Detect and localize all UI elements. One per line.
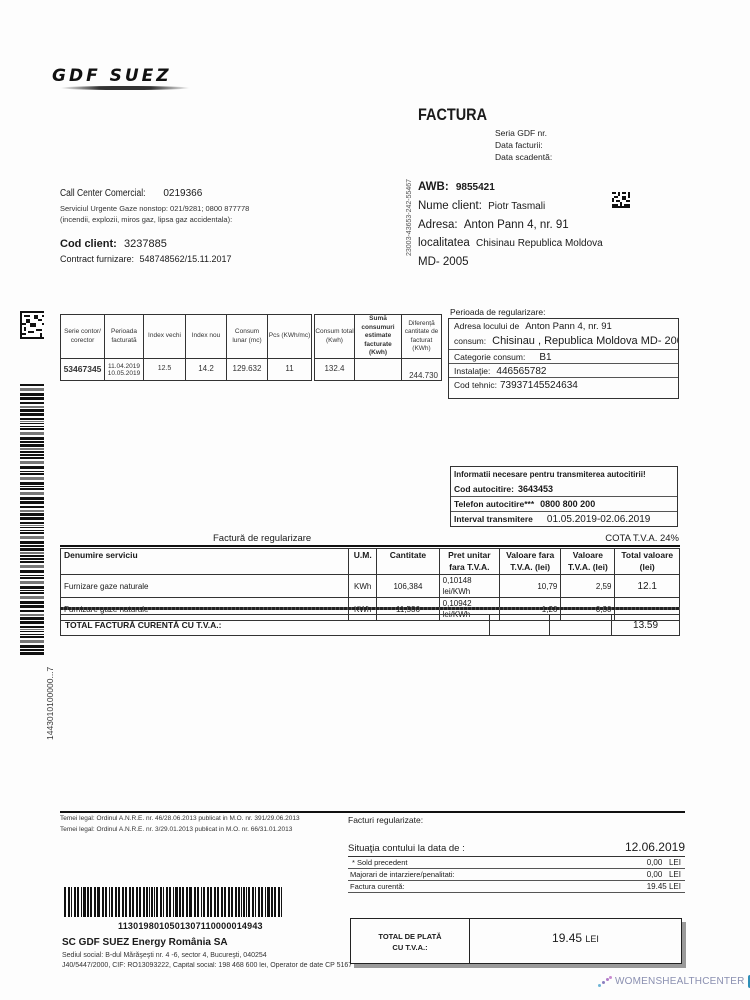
service-um: KWh: [349, 575, 377, 598]
client-code-value: 3237885: [124, 238, 167, 250]
category-label: Categorie consum:: [454, 352, 525, 362]
location-city-value: Chisinau , Republica Moldova MD- 2005: [492, 335, 678, 347]
data-scadenta-label: Data scadentă:: [495, 152, 552, 162]
data-facturii-label: Data facturii:: [495, 140, 543, 150]
total-payable-unit: LEI: [585, 934, 599, 944]
perioada-end: 10.05.2019: [105, 370, 143, 377]
account-row-label: * Sold precedent: [348, 858, 407, 867]
perioada-start: 11.04.2019: [105, 363, 143, 370]
legal-basis-1: Temei legal: Ordinul A.N.R.E. nr. 46/28.…: [60, 815, 300, 822]
divider: [60, 607, 680, 610]
col-denumire: Denumire serviciu: [61, 549, 349, 575]
col-consum-total: Consum total (Kwh): [315, 315, 355, 359]
col-valoare: Valoare fara T.V.A. (lei): [499, 549, 560, 575]
vat-rate: COTA T.V.A. 24%: [605, 533, 679, 544]
seria-label: Seria GDF nr.: [495, 128, 547, 138]
emergency-info: Serviciul Urgente Gaze nonstop: 021/9281…: [60, 203, 249, 225]
serie-value: 53467345: [61, 359, 105, 381]
self-reading-box: Informatii necesare pentru transmiterea …: [450, 466, 678, 527]
category-value: B1: [539, 352, 551, 363]
vertical-barcode-icon: [20, 384, 44, 656]
col-perioada: Perioada facturată: [105, 315, 144, 359]
gdf-suez-logo: GDF SUEZ: [52, 66, 172, 86]
postal-code: MD- 2005: [418, 253, 603, 271]
barcode-icon: [64, 887, 282, 917]
index-nou-value: 14.2: [186, 359, 227, 381]
emergency-line-1: Serviciul Urgente Gaze nonstop: 021/9281…: [60, 203, 249, 214]
self-reading-interval-row: Interval transmitere01.05.2019-02.06.201…: [451, 512, 677, 527]
self-reading-interval-label: Interval transmitere: [454, 514, 533, 524]
company-address: Sediul social: B-dul Mărăşeşti nr. 4 -6,…: [62, 952, 267, 959]
divider: [60, 545, 680, 547]
installation-row: Instalaţie:446565782: [449, 364, 678, 378]
service-valoare: 10,79: [499, 575, 560, 598]
service-total: 12.1: [615, 575, 680, 598]
locality-value: Chisinau Republica Moldova: [476, 238, 603, 249]
self-reading-phone-value: 0800 800 200: [540, 499, 595, 509]
awb-label: AWB:: [418, 181, 449, 193]
total-payable-amount: 19.45: [552, 931, 582, 945]
section-title: Factură de regularizare: [213, 533, 311, 544]
col-pcs: Pcs (KWh/mc): [268, 315, 312, 359]
account-status-date: 12.06.2019: [625, 840, 685, 854]
locality-label: localitatea: [418, 237, 470, 249]
installation-label: Instalaţie:: [454, 366, 490, 376]
self-reading-phone-row: Telefon autocitire***0800 800 200: [451, 497, 677, 512]
contract: Contract furnizare: 548748562/15.11.2017: [60, 254, 231, 264]
divider: [60, 811, 685, 813]
col-index-nou: Index nou: [186, 315, 227, 359]
total-payable-label: TOTAL DE PLATĂ CU T.V.A.:: [351, 919, 470, 963]
consumption-location-box: Adresa locului deAnton Pann 4, nr. 91 co…: [448, 318, 679, 399]
invoice-total-row: TOTAL FACTURĂ CURENTĂ CU T.V.A.: 13.59: [61, 615, 680, 636]
perioada-regularizare-label: Perioada de regularizare:: [450, 307, 545, 317]
installation-value: 446565782: [496, 366, 546, 377]
location-address-value: Anton Pann 4, nr. 91: [525, 321, 612, 332]
consumption-header-row: Serie contor/ corector Perioada facturat…: [61, 315, 442, 359]
regularized-invoices-label: Facturi regularizate:: [348, 815, 423, 825]
self-reading-code-value: 3643453: [518, 484, 553, 494]
awb-value: 9855421: [456, 182, 495, 193]
services-table: Denumire serviciu U.M. Cantitate Pret un…: [60, 548, 680, 621]
col-suma-estimate: Sumă consumuri estimate facturate (Kwh): [355, 315, 402, 359]
perioada-value: 11.04.201910.05.2019: [105, 359, 144, 381]
location-address-row-1: Adresa locului deAnton Pann 4, nr. 91: [449, 319, 678, 333]
col-serie: Serie contor/ corector: [61, 315, 105, 359]
empty-cell: [550, 615, 612, 636]
invoice-title: FACTURA: [418, 105, 487, 125]
barcode-number: 1130198010501307110000014943: [118, 921, 263, 931]
col-diferenta: Diferență cantitate de facturat (KWh): [402, 315, 442, 359]
contract-value: 548748562/15.11.2017: [140, 254, 232, 264]
self-reading-phone-label: Telefon autocitire***: [454, 499, 534, 509]
account-status-label: Situaţia contului la data de :: [348, 843, 465, 854]
account-row-label: Majorari de intarziere/penalitati:: [348, 870, 455, 879]
index-vechi-value: 12.5: [144, 359, 186, 381]
account-row: Majorari de intarziere/penalitati: 0,00 …: [348, 869, 685, 881]
self-reading-heading: Informatii necesare pentru transmiterea …: [451, 467, 677, 482]
client-name-label: Nume client:: [418, 200, 482, 212]
diferenta-value: 244.730: [402, 359, 442, 381]
total-payable-box: TOTAL DE PLATĂ CU T.V.A.: 19.45 LEI: [350, 918, 682, 964]
technical-code-row: Cod tehnic:73937145524634: [449, 378, 678, 392]
account-row-value: 0,00 LEI: [647, 857, 681, 868]
self-reading-interval-value: 01.05.2019-02.06.2019: [547, 514, 650, 525]
address-value: Anton Pann 4, nr. 91: [464, 219, 569, 231]
invoice-total-label: TOTAL FACTURĂ CURENTĂ CU T.V.A.:: [61, 615, 490, 636]
account-row-label: Factura curentă:: [348, 882, 405, 891]
suma-estimate-value: [355, 359, 402, 381]
dots-logo-icon: [598, 976, 612, 988]
category-row: Categorie consum:B1: [449, 350, 678, 364]
client-code-label: Cod client:: [60, 238, 117, 250]
total-payable-label-line2: CU T.V.A.:: [351, 942, 469, 953]
location-address-row-2: consum:Chisinau , Republica Moldova MD- …: [449, 333, 678, 350]
service-row: Furnizare gaze naturale KWh 106,384 0,10…: [61, 575, 680, 598]
call-center: Call Center Comercial: 0219366: [60, 188, 202, 199]
call-center-label: Call Center Comercial:: [60, 188, 146, 199]
logo-swoosh: [60, 86, 190, 90]
invoice-total-table: TOTAL FACTURĂ CURENTĂ CU T.V.A.: 13.59: [60, 614, 680, 636]
account-row-value: 19.45 LEI: [647, 881, 681, 892]
contract-label: Contract furnizare:: [60, 254, 134, 264]
consum-lunar-value: 129.632: [227, 359, 268, 381]
pcs-value: 11: [268, 359, 312, 381]
consumption-row: 53467345 11.04.201910.05.2019 12.5 14.2 …: [61, 359, 442, 381]
col-total: Total valoare (lei): [615, 549, 680, 575]
client-name-value: Piotr Tasmali: [488, 201, 545, 212]
invoice-total-value: 13.59: [612, 615, 680, 636]
qr-code-icon: [612, 192, 630, 208]
service-pret: 0,10148 lei/KWh: [439, 575, 499, 598]
company-registry: J40/5447/2000, CIF: RO13093222, Capital …: [62, 962, 352, 970]
vertical-code: 23003-43653-242-55467: [406, 179, 413, 256]
total-payable-label-line1: TOTAL DE PLATĂ: [351, 931, 469, 942]
location-address-label: Adresa locului de: [454, 321, 519, 331]
company-name: SC GDF SUEZ Energy România SA: [62, 937, 228, 948]
service-cantitate: 106,384: [377, 575, 439, 598]
service-name: Furnizare gaze naturale: [61, 575, 349, 598]
technical-code-label: Cod tehnic:: [454, 380, 497, 390]
account-row-value: 0,00 LEI: [647, 869, 681, 880]
col-um: U.M.: [349, 549, 377, 575]
account-row: * Sold precedent 0,00 LEI: [348, 857, 685, 869]
service-tva: 2,59: [561, 575, 615, 598]
services-header-row: Denumire serviciu U.M. Cantitate Pret un…: [61, 549, 680, 575]
legal-basis-2: Temei legal: Ordinul A.N.R.E. nr. 3/29.0…: [60, 826, 292, 833]
call-center-number: 0219366: [163, 188, 202, 199]
col-pret: Pret unitar fara T.V.A.: [439, 549, 499, 575]
emergency-line-2: (incendii, explozii, miros gaz, lipsa ga…: [60, 214, 249, 225]
address-label: Adresa:: [418, 219, 458, 231]
technical-code-value: 73937145524634: [500, 380, 578, 391]
datamatrix-icon: [20, 311, 44, 339]
watermark: WOMENSHEALTHCENTER ORG: [598, 975, 750, 988]
self-reading-code-label: Cod autocitire:: [454, 484, 514, 494]
client-address-block: AWB: 9855421 Nume client: Piotr Tasmali …: [418, 178, 603, 271]
watermark-text: WOMENSHEALTHCENTER: [615, 976, 745, 987]
location-consum-label: consum:: [454, 336, 486, 346]
col-consum-lunar: Consum lunar (mc): [227, 315, 268, 359]
col-cantitate: Cantitate: [377, 549, 439, 575]
vertical-barcode-number: 1443010100000...7: [45, 667, 55, 740]
account-row: Factura curentă: 19.45 LEI: [348, 881, 685, 893]
account-status: Situaţia contului la data de : 12.06.201…: [348, 843, 685, 857]
total-payable-value: 19.45 LEI: [470, 919, 681, 963]
col-index-vechi: Index vechi: [144, 315, 186, 359]
empty-cell: [490, 615, 550, 636]
self-reading-code-row: Cod autocitire:3643453: [451, 482, 677, 497]
consumption-table: Serie contor/ corector Perioada facturat…: [60, 314, 442, 381]
col-tva: Valoare T.V.A. (lei): [561, 549, 615, 575]
consum-total-value: 132.4: [315, 359, 355, 381]
